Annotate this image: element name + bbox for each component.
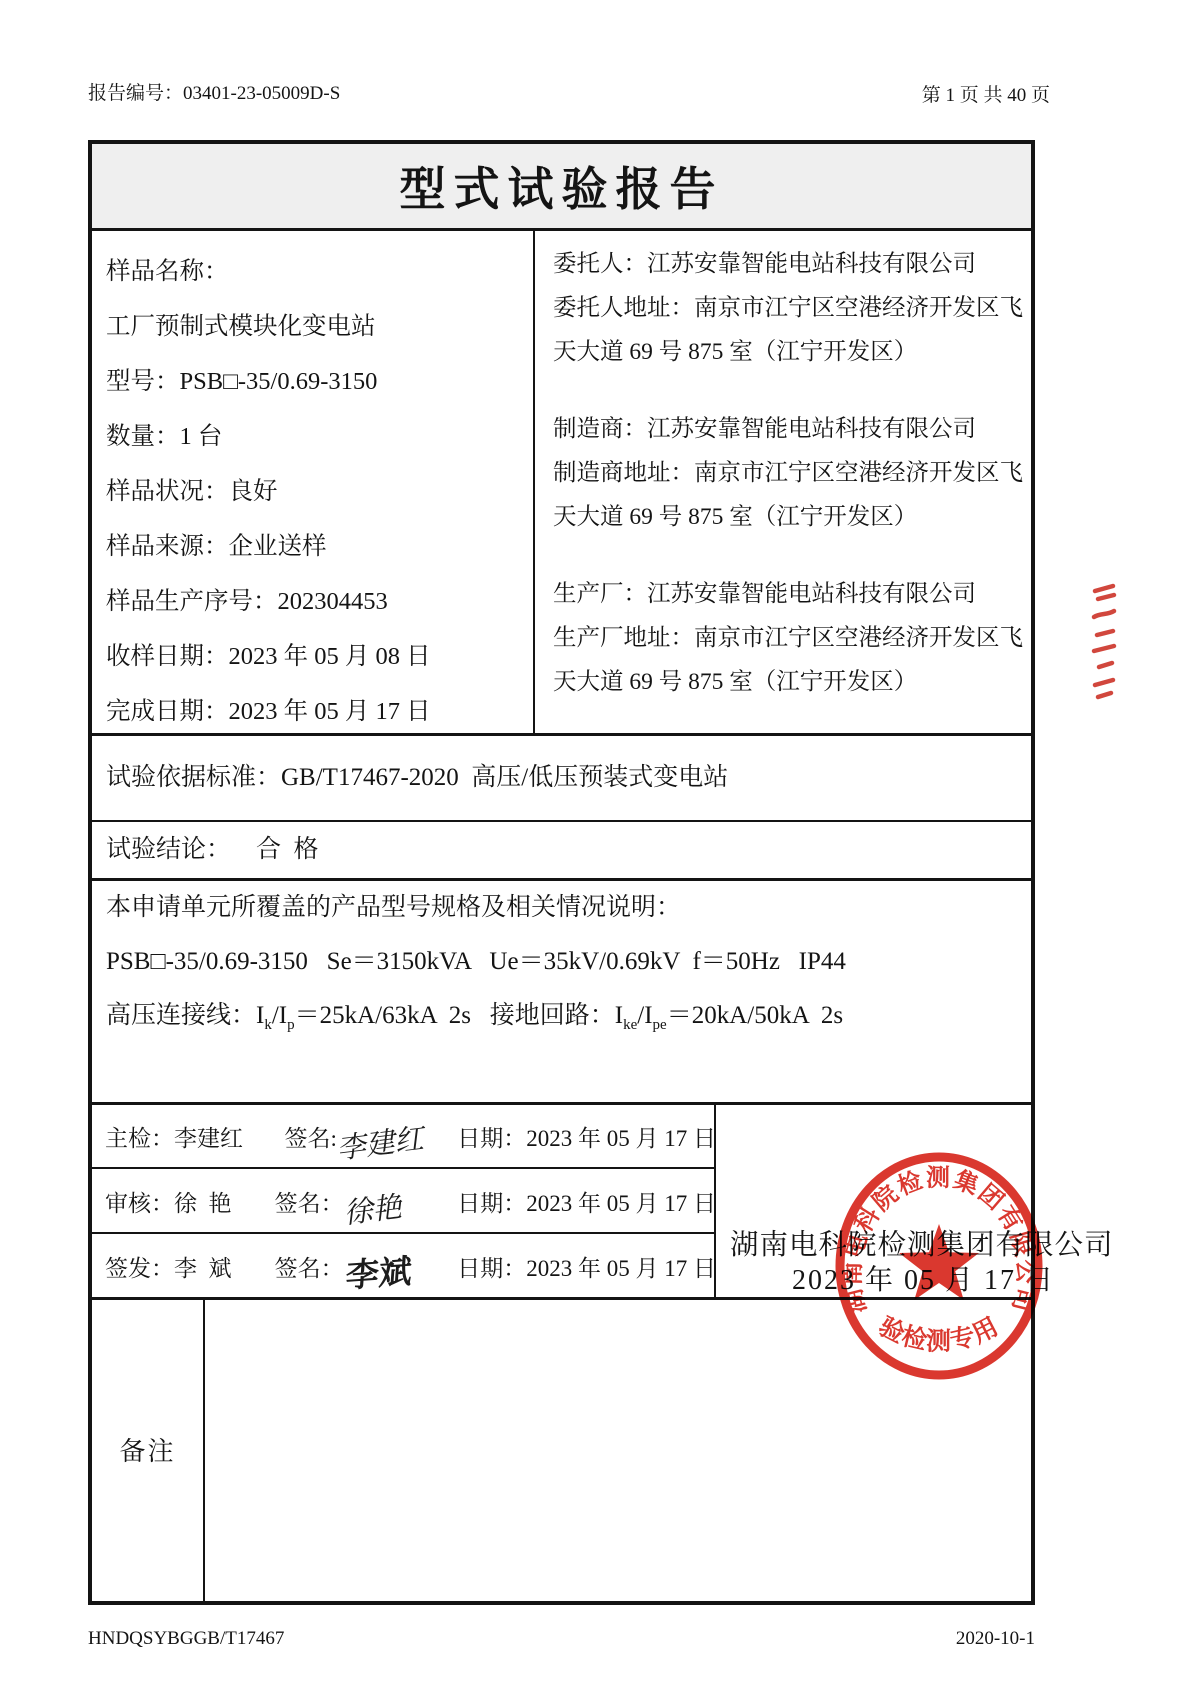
factory-address-line1: 生产厂地址：南京市江宁区空港经济开发区飞 xyxy=(553,616,1047,660)
earth-loop-text3: ＝20kA/50kA 2s xyxy=(667,1002,843,1029)
factory-name: 生产厂：江苏安靠智能电站科技有限公司 xyxy=(553,572,1047,616)
reviewer-name: 审核：徐 艳 xyxy=(105,1185,275,1218)
manufacturer-group: 制造商：江苏安靠智能电站科技有限公司 制造商地址：南京市江宁区空港经济开发区飞 … xyxy=(553,407,1047,539)
sample-model: 型号：PSB□-35/0.69-3150 xyxy=(106,354,547,409)
sample-name-label: 样品名称： xyxy=(106,244,547,299)
signature-label: 签名： xyxy=(275,1250,344,1283)
coverage-cell: 本申请单元所覆盖的产品型号规格及相关情况说明： PSB□-35/0.69-315… xyxy=(92,881,1045,1043)
test-conclusion-row: 试验结论： 合 格 xyxy=(92,822,1045,878)
report-number-label: 报告编号： xyxy=(88,83,183,104)
report-table: 型式试验报告 样品名称： 工厂预制式模块化变电站 型号：PSB□-35/0.69… xyxy=(88,140,1035,1605)
hv-line-text2: /I xyxy=(272,1002,287,1029)
report-number-value: 03401-23-05009D-S xyxy=(183,83,340,104)
coverage-currents: 高压连接线：Ik/Ip＝25kA/63kA 2s 接地回路：Ike/Ipe＝20… xyxy=(106,989,1045,1043)
sample-serial: 样品生产序号：202304453 xyxy=(106,574,547,629)
sample-info-cell: 样品名称： 工厂预制式模块化变电站 型号：PSB□-35/0.69-3150 数… xyxy=(92,228,547,739)
sample-quantity: 数量：1 台 xyxy=(106,409,547,464)
manufacturer-address-line1: 制造商地址：南京市江宁区空港经济开发区飞 xyxy=(553,451,1047,495)
factory-group: 生产厂：江苏安靠智能电站科技有限公司 生产厂地址：南京市江宁区空港经济开发区飞 … xyxy=(553,572,1047,704)
client-info-cell: 委托人：江苏安靠智能电站科技有限公司 委托人地址：南京市江宁区空港经济开发区飞 … xyxy=(535,228,1047,737)
issuer-name: 签发：李 斌 xyxy=(105,1250,275,1283)
earth-loop-text: ＝25kA/63kA 2s 接地回路：I xyxy=(295,1002,623,1029)
sample-name-value: 工厂预制式模块化变电站 xyxy=(106,299,547,354)
sub-pe: pe xyxy=(653,1017,667,1033)
footer-doc-code: HNDQSYBGGB/T17467 xyxy=(88,1628,284,1650)
issuer-signature: 李斌 xyxy=(344,1242,461,1297)
divider xyxy=(203,1297,205,1601)
sample-received-date: 收样日期：2023 年 05 月 08 日 xyxy=(106,629,547,684)
earth-loop-text2: /I xyxy=(637,1002,652,1029)
reviewer-row: 审核：徐 艳 签名： 徐艳 日期：2023 年 05 月 17 日 xyxy=(92,1170,716,1233)
remark-label: 备注 xyxy=(92,1297,203,1601)
report-page: 报告编号：03401-23-05009D-S 第 1 页 共 40 页 型式试验… xyxy=(0,0,1190,1684)
sub-ke: ke xyxy=(623,1017,637,1033)
client-address-line2: 天大道 69 号 875 室（江宁开发区） xyxy=(553,330,1047,374)
sample-completed-date: 完成日期：2023 年 05 月 17 日 xyxy=(106,684,547,739)
signature-label: 签名： xyxy=(275,1185,344,1218)
seal-star-icon xyxy=(899,1224,979,1300)
inspection-seal-icon: 湖南电科院检测集团有限公司 检验检测专用章 xyxy=(833,1148,1045,1384)
client-address-line1: 委托人地址：南京市江宁区空港经济开发区飞 xyxy=(553,286,1047,330)
page-indicator: 第 1 页 共 40 页 xyxy=(922,80,1050,107)
chief-inspector-row: 主检：李建红 签名: 李建红 日期：2023 年 05 月 17 日 xyxy=(92,1105,716,1168)
manufacturer-name: 制造商：江苏安靠智能电站科技有限公司 xyxy=(553,407,1047,451)
reviewer-date: 日期：2023 年 05 月 17 日 xyxy=(457,1185,716,1218)
report-number: 报告编号：03401-23-05009D-S xyxy=(88,78,340,105)
edge-seal-fragment-icon xyxy=(1090,583,1118,705)
page-title: 型式试验报告 xyxy=(92,144,1031,228)
sample-condition: 样品状况：良好 xyxy=(106,464,547,519)
test-standard-row: 试验依据标准：GB/T17467-2020 高压/低压预装式变电站 xyxy=(92,736,1045,820)
factory-address-line2: 天大道 69 号 875 室（江宁开发区） xyxy=(553,660,1047,704)
chief-inspector-name: 主检：李建红 xyxy=(105,1120,285,1153)
manufacturer-address-line2: 天大道 69 号 875 室（江宁开发区） xyxy=(553,495,1047,539)
hv-line-text: 高压连接线：I xyxy=(106,1002,264,1029)
coverage-specs: PSB□-35/0.69-3150 Se＝3150kVA Ue＝35kV/0.6… xyxy=(106,935,1045,989)
issuer-date: 日期：2023 年 05 月 17 日 xyxy=(457,1250,716,1283)
client-name: 委托人：江苏安靠智能电站科技有限公司 xyxy=(553,242,1047,286)
reviewer-signature: 徐艳 xyxy=(343,1177,461,1233)
issuer-row: 签发：李 斌 签名： 李斌 日期：2023 年 05 月 17 日 xyxy=(92,1235,716,1298)
sub-k: k xyxy=(264,1017,272,1033)
client-group: 委托人：江苏安靠智能电站科技有限公司 委托人地址：南京市江宁区空港经济开发区飞 … xyxy=(553,242,1047,374)
signature-label: 签名: xyxy=(285,1120,337,1153)
coverage-heading: 本申请单元所覆盖的产品型号规格及相关情况说明： xyxy=(106,881,1045,935)
chief-inspector-signature: 李建红 xyxy=(337,1111,462,1168)
chief-inspector-date: 日期：2023 年 05 月 17 日 xyxy=(457,1120,716,1153)
sub-p: p xyxy=(287,1017,295,1033)
sample-source: 样品来源：企业送样 xyxy=(106,519,547,574)
footer-date: 2020-10-1 xyxy=(956,1628,1035,1650)
